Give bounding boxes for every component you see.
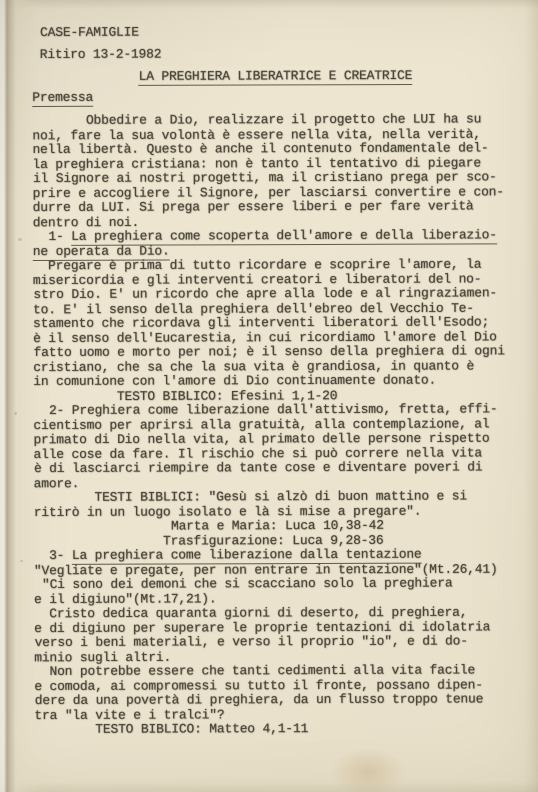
text-segment: in comunione con l'amore di Dio continua…	[33, 373, 436, 389]
scanned-page: CASE-FAMIGLIE Ritiro 13-2-1982 LA PREGHI…	[0, 0, 538, 792]
text-segment: e il digiuno"(Mt.17,21).	[34, 591, 216, 607]
document-line: to. E' il senso della preghiera dell'ebr…	[33, 301, 533, 317]
text-segment: durre da LUI. Si prega per essere liberi…	[33, 198, 474, 215]
text-segment	[32, 69, 138, 84]
underlined-text: Premessa	[32, 89, 93, 106]
text-segment: CASE-FAMIGLIE	[32, 25, 138, 40]
document-line: "Ci sono dei demoni che si scacciano sol…	[34, 576, 534, 592]
text-segment: to. E' il senso della preghiera dell'ebr…	[33, 300, 474, 317]
document-line: Ritiro 13-2-1982	[32, 46, 532, 62]
document-line: è di lasciarci riempire da tante cose e …	[34, 460, 534, 476]
text-segment: 2- Preghiera come liberazione dall'attiv…	[34, 401, 498, 418]
text-segment: dentro di noi.	[33, 214, 139, 229]
text-segment: Marta e Maria: Luca 10,38-42	[34, 518, 384, 534]
document-line: CASE-FAMIGLIE	[32, 24, 532, 40]
text-segment: TESTO BIBLICO: Matteo 4,1-11	[34, 721, 308, 737]
text-segment: Pregare è prima di tutto ricordare e sco…	[33, 257, 482, 274]
underlined-text: La preghiera come scoperta dell'amore e …	[71, 227, 497, 245]
pencil-speck	[18, 238, 22, 241]
text-segment: dere da una povertà di preghiera, da un …	[35, 691, 484, 708]
text-segment: fatto uomo e morto per noi; è il senso d…	[34, 343, 505, 360]
document-line: dere da una povertà di preghiera, da un …	[35, 692, 535, 708]
text-segment: noi, fare la sua volontà è essere nella …	[32, 126, 481, 143]
document-line: minio sugli altri.	[34, 649, 534, 665]
text-segment: verso i beni materiali, e verso il propr…	[35, 633, 468, 650]
document-line: 1- La preghiera come scoperta dell'amore…	[33, 228, 533, 244]
text-segment: Cristo dedica quaranta giorni di deserto…	[34, 605, 467, 622]
text-segment: "Ci sono dei demoni che si scacciano sol…	[34, 576, 452, 592]
document-line: Marta e Maria: Luca 10,38-42	[34, 518, 534, 534]
document-line: il Signore ai nostri progetti, ma il cri…	[33, 170, 533, 186]
document-line: Cristo dedica quaranta giorni di deserto…	[34, 606, 534, 622]
document-line: durre da LUI. Si prega per essere liberi…	[33, 199, 533, 215]
document-line: Premessa	[32, 89, 532, 105]
text-segment: minio sugli altri.	[34, 649, 171, 664]
document-line: amore.	[34, 475, 534, 491]
document-line: TESTO BIBLICO: Matteo 4,1-11	[34, 721, 534, 737]
document-line: 2- Preghiera come liberazione dall'attiv…	[34, 402, 534, 418]
document-line: LA PREGHIERA LIBERATRICE E CREATRICE	[32, 69, 532, 85]
text-segment: il Signore ai nostri progetti, ma il cri…	[33, 169, 497, 186]
underlined-text: LA PREGHIERA LIBERATRICE E CREATRICE	[139, 68, 413, 86]
text-segment: 1-	[33, 229, 71, 244]
document-line: fatto uomo e morto per noi; è il senso d…	[34, 344, 534, 360]
text-segment: amore.	[34, 476, 80, 491]
text-segment: Ritiro 13-2-1982	[32, 46, 161, 61]
text-segment: è di lasciarci riempire da tante cose e …	[34, 459, 483, 476]
document-line: verso i beni materiali, e verso il propr…	[35, 634, 535, 650]
document-line: primato di Dio nella vita, al primato de…	[33, 432, 533, 448]
pencil-speck	[20, 560, 23, 562]
document-text: CASE-FAMIGLIE Ritiro 13-2-1982 LA PREGHI…	[32, 24, 534, 737]
document-line: noi, fare la sua volontà è essere nella …	[32, 127, 532, 143]
text-segment: primato di Dio nella vita, al primato de…	[33, 431, 489, 448]
pencil-speck	[14, 412, 17, 415]
text-segment: tra "la vite e i tralci"?	[34, 707, 224, 723]
text-segment: 3-	[34, 548, 72, 563]
document-line: Pregare è prima di tutto ricordare e sco…	[33, 258, 533, 274]
